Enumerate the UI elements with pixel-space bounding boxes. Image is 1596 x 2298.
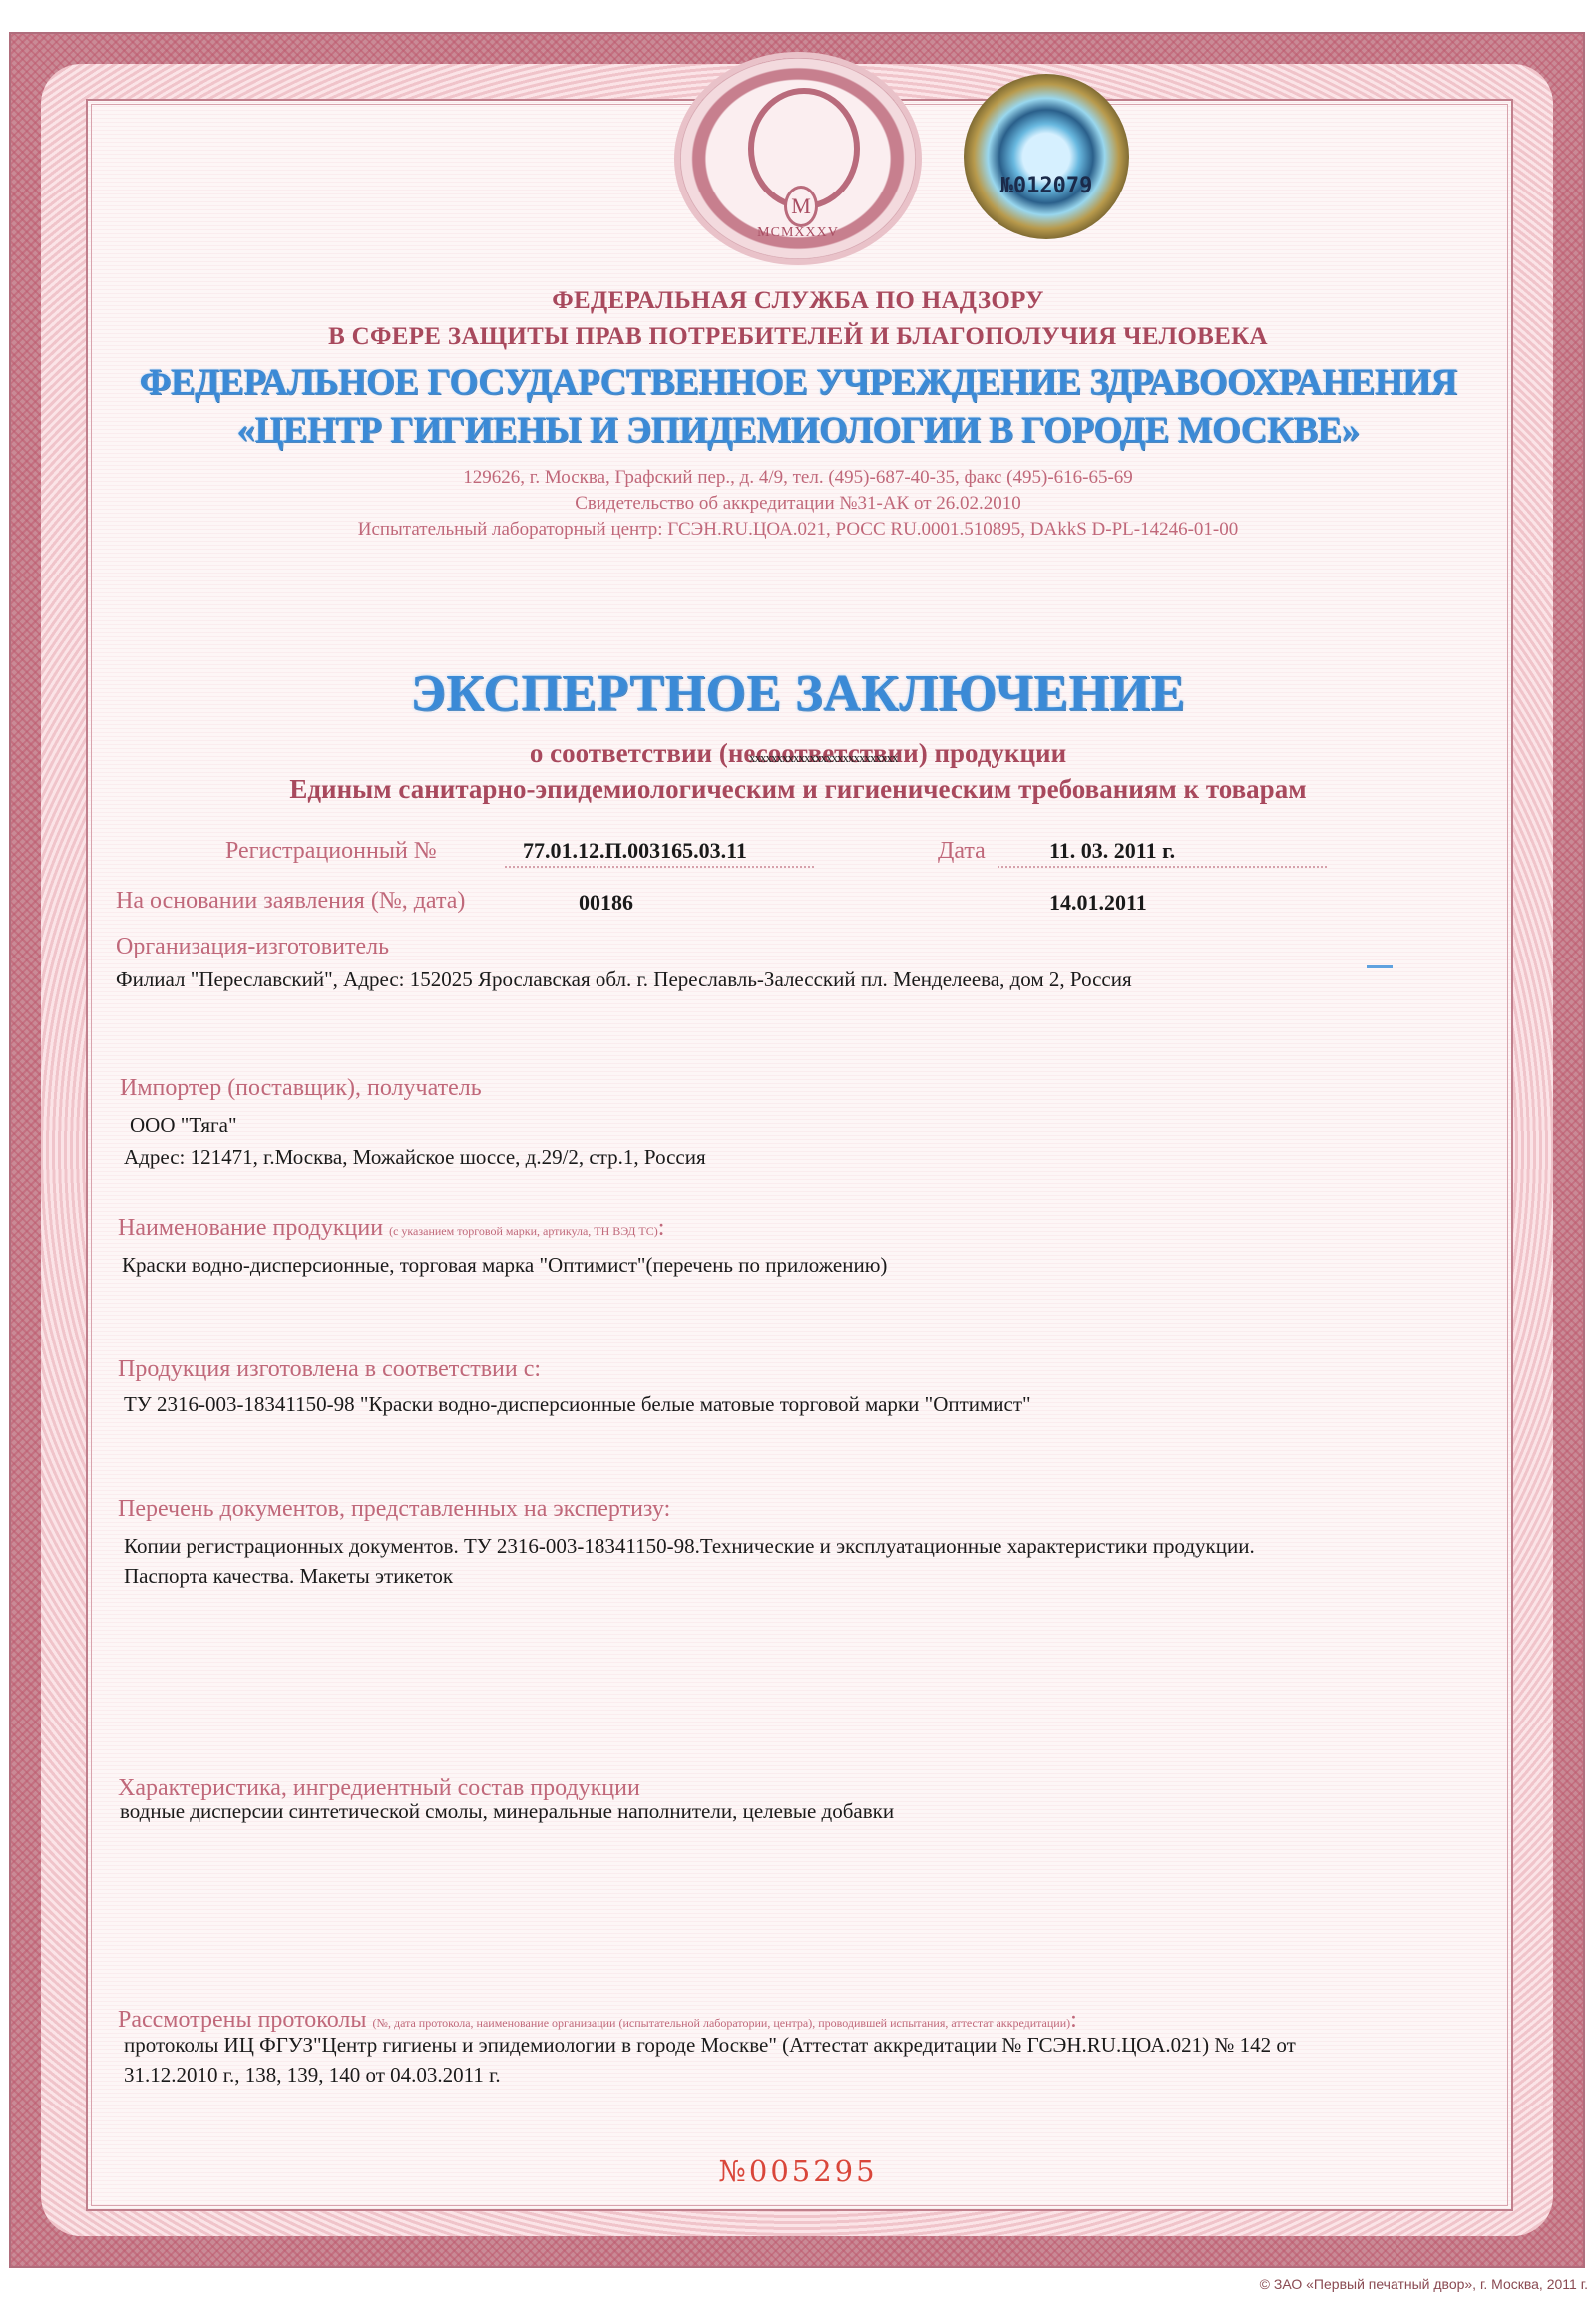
strike-marks: xxxxxxxxxxxxxxxxxxxxxxxxxxx bbox=[719, 750, 928, 766]
composition-label: Характеристика, ингредиентный состав про… bbox=[118, 1775, 640, 1802]
lab-center: Испытательный лабораторный центр: ГСЭН.R… bbox=[0, 519, 1596, 541]
registration-number-underline bbox=[505, 866, 814, 868]
date-label: Дата bbox=[938, 838, 986, 865]
ink-mark bbox=[1367, 965, 1393, 968]
document-subtitle-2: Единым санитарно-эпидемиологическим и ги… bbox=[0, 774, 1596, 805]
document-subtitle: о соответствии (несоответствии)xxxxxxxxx… bbox=[0, 738, 1596, 769]
documents-line-2: Паспорта качества. Макеты этикеток bbox=[124, 1564, 453, 1589]
printer-imprint: © ЗАО «Первый печатный двор», г. Москва,… bbox=[1260, 2276, 1588, 2292]
product-name-value: Краски водно-дисперсионные, торговая мар… bbox=[122, 1253, 887, 1278]
agency-line-2: В СФЕРЕ ЗАЩИТЫ ПРАВ ПОТРЕБИТЕЛЕЙ И БЛАГО… bbox=[0, 323, 1596, 351]
hologram-number: №012079 bbox=[964, 174, 1129, 198]
protocols-line-2: 31.12.2010 г., 138, 139, 140 от 04.03.20… bbox=[124, 2063, 501, 2088]
product-name-note: (с указанием торговой марки, артикула, Т… bbox=[389, 1224, 658, 1238]
application-date: 14.01.2011 bbox=[1049, 890, 1147, 916]
protocols-note: (№, дата протокола, наименование организ… bbox=[373, 2016, 1071, 2030]
manufactured-per-value: ТУ 2316-003-18341150-98 "Краски водно-ди… bbox=[124, 1392, 1031, 1417]
documents-label: Перечень документов, представленных на э… bbox=[118, 1496, 670, 1523]
form-serial-number: №005295 bbox=[0, 2154, 1596, 2188]
emblem-letter: M bbox=[784, 186, 818, 227]
organization-line-1: ФЕДЕРАЛЬНОЕ ГОСУДАРСТВЕННОЕ УЧРЕЖДЕНИЕ З… bbox=[0, 361, 1596, 404]
registration-number-value: 77.01.12.П.003165.03.11 bbox=[523, 838, 747, 864]
protocols-line-1: протоколы ИЦ ФГУЗ"Центр гигиены и эпидем… bbox=[124, 2033, 1296, 2058]
manufacturer-value: Филиал "Переславский", Адрес: 152025 Яро… bbox=[116, 967, 1132, 992]
manufacturer-label: Организация-изготовитель bbox=[116, 934, 389, 960]
struck-out-text: (несоответствии)xxxxxxxxxxxxxxxxxxxxxxxx… bbox=[719, 738, 928, 768]
date-underline bbox=[997, 866, 1327, 868]
organization-address: 129626, г. Москва, Графский пер., д. 4/9… bbox=[0, 467, 1596, 489]
application-number: 00186 bbox=[579, 890, 633, 916]
documents-line-1: Копии регистрационных документов. ТУ 231… bbox=[124, 1534, 1255, 1559]
subtitle-after: продукции bbox=[928, 738, 1066, 768]
agency-line-1: ФЕДЕРАЛЬНАЯ СЛУЖБА ПО НАДЗОРУ bbox=[0, 287, 1596, 315]
date-value: 11. 03. 2011 г. bbox=[1049, 838, 1175, 864]
registration-number-label: Регистрационный № bbox=[225, 838, 437, 865]
manufactured-per-label: Продукция изготовлена в соответствии с: bbox=[118, 1356, 541, 1383]
application-label: На основании заявления (№, дата) bbox=[116, 888, 465, 915]
composition-value: водные дисперсии синтетической смолы, ми… bbox=[120, 1799, 894, 1824]
emblem-year: MCMXXXV bbox=[680, 225, 916, 241]
importer-label: Импортер (поставщик), получатель bbox=[120, 1075, 482, 1102]
medical-emblem-icon: M MCMXXXV bbox=[680, 58, 916, 259]
subtitle-before: о соответствии bbox=[530, 738, 719, 768]
protocols-label: Рассмотрены протоколы (№, дата протокола… bbox=[118, 2007, 1077, 2034]
importer-name: ООО "Тяга" bbox=[130, 1113, 237, 1138]
hologram-seal-icon: №012079 bbox=[964, 74, 1129, 239]
accreditation-certificate: Свидетельство об аккредитации №31-АК от … bbox=[0, 493, 1596, 515]
document-title: ЭКСПЕРТНОЕ ЗАКЛЮЧЕНИЕ bbox=[0, 664, 1596, 723]
product-name-label: Наименование продукции (с указанием торг… bbox=[118, 1215, 664, 1242]
importer-address: Адрес: 121471, г.Москва, Можайское шоссе… bbox=[124, 1145, 706, 1170]
organization-line-2: «ЦЕНТР ГИГИЕНЫ И ЭПИДЕМИОЛОГИИ В ГОРОДЕ … bbox=[0, 409, 1596, 452]
